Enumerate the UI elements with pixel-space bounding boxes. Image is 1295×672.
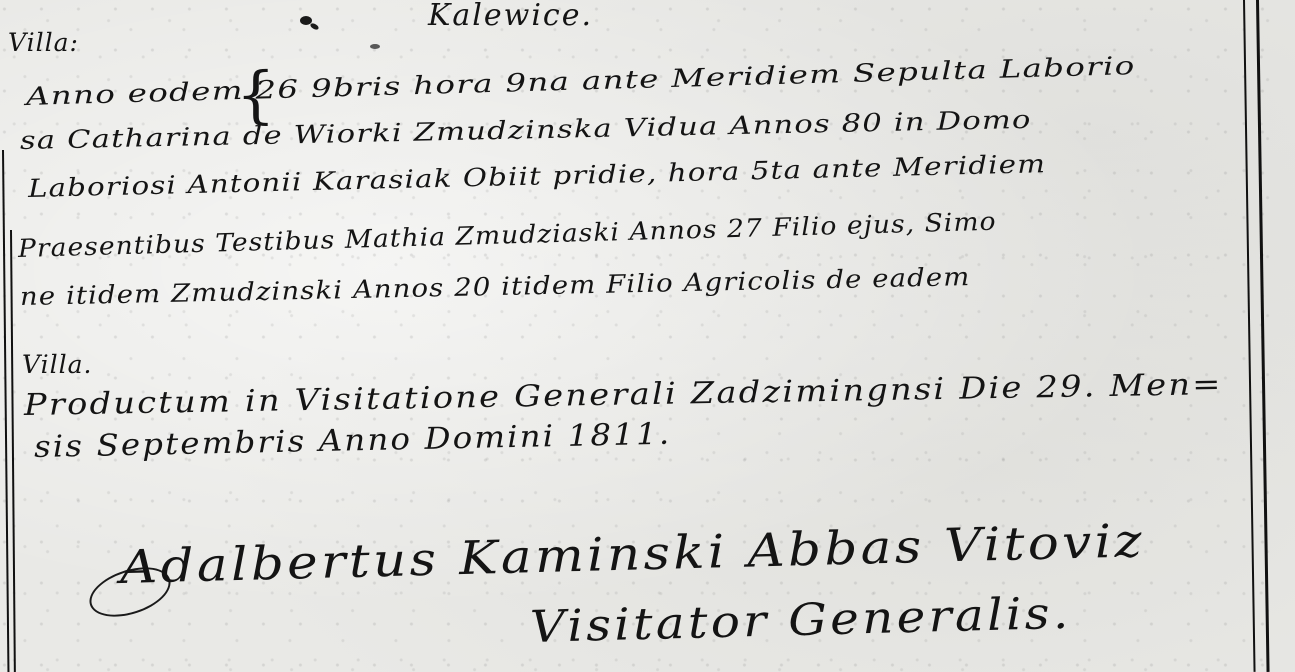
visitation-line-2: sis Septembris Anno Domini 1811. xyxy=(34,417,672,465)
right-margin-rule-thin xyxy=(1243,0,1255,672)
signature-name: Adalbertus Kaminski Abbas Vitoviz xyxy=(119,513,1145,594)
closing-label-villa: Villa. xyxy=(22,350,92,379)
entry-line-5: ne itidem Zmudzinski Annos 20 itidem Fil… xyxy=(20,262,971,311)
visitation-line-1: Productum in Visitatione Generali Zadzim… xyxy=(24,367,1223,423)
place-heading: Kalewice. xyxy=(428,0,593,33)
entry-line-4: Praesentibus Testibus Mathia Zmudziaski … xyxy=(18,207,997,263)
margin-label-villa: Villa: xyxy=(8,28,79,57)
left-margin-rule-inner xyxy=(10,230,15,672)
left-margin-rule-outer xyxy=(2,150,9,672)
right-margin-rule-thick xyxy=(1256,0,1270,672)
entry-line-2: sa Catharina de Wiorki Zmudzinska Vidua … xyxy=(20,105,1032,155)
signature-title: Visitator Generalis. xyxy=(529,588,1072,653)
entry-line-3: Laboriosi Antonii Karasiak Obiit pridie,… xyxy=(28,149,1047,203)
ink-speck xyxy=(370,44,380,49)
entry-line-1: Anno eodem 26 9bris hora 9na ante Meridi… xyxy=(26,51,1136,111)
manuscript-page: Kalewice. Villa: { Anno eodem 26 9bris h… xyxy=(0,0,1295,672)
ink-blot-tail xyxy=(309,22,319,31)
